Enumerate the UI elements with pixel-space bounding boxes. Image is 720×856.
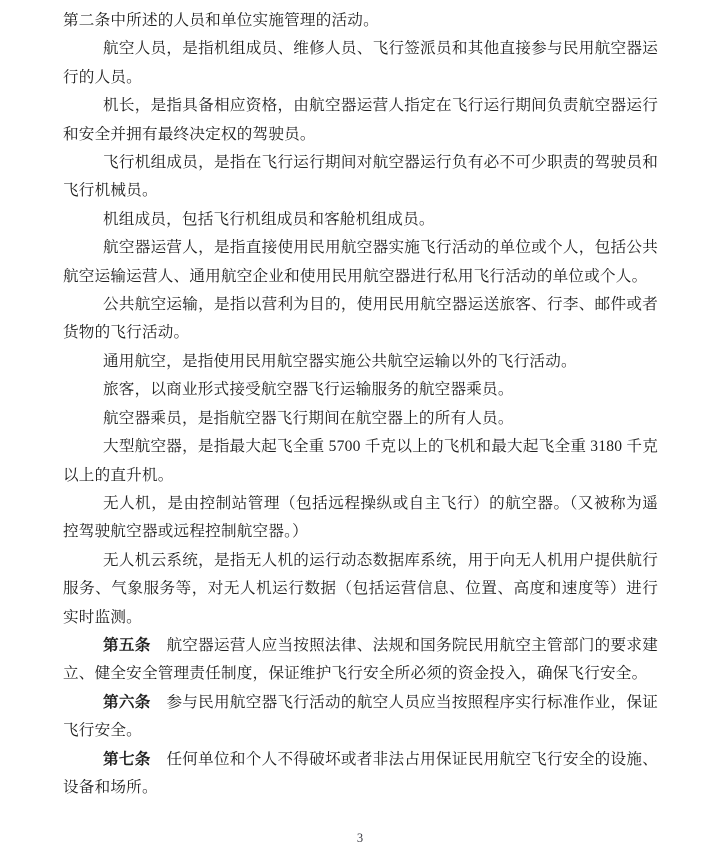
document-page: 第二条中所述的人员和单位实施管理的活动。 航空人员，是指机组成员、维修人员、飞行… xyxy=(0,0,720,856)
document-body: 第二条中所述的人员和单位实施管理的活动。 航空人员，是指机组成员、维修人员、飞行… xyxy=(63,7,658,802)
paragraph: 飞行机组成员，是指在飞行运行期间对航空器运行负有必不可少职责的驾驶员和飞行机械员… xyxy=(63,149,658,206)
page-number: 3 xyxy=(357,831,363,845)
paragraph: 航空器乘员，是指航空器飞行期间在航空器上的所有人员。 xyxy=(63,405,658,433)
paragraph-text: 无人机，是由控制站管理（包括远程操纵或自主飞行）的航空器。（又被称为遥控驾驶航空… xyxy=(63,495,658,540)
paragraph: 第七条 任何单位和个人不得破坏或者非法占用保证民用航空飞行安全的设施、设备和场所… xyxy=(63,746,658,803)
paragraph-text: 通用航空，是指使用民用航空器实施公共航空运输以外的飞行活动。 xyxy=(103,353,577,370)
article-number: 第五条 xyxy=(103,637,166,654)
paragraph: 第二条中所述的人员和单位实施管理的活动。 xyxy=(63,7,658,35)
paragraph: 无人机云系统，是指无人机的运行动态数据库系统，用于向无人机用户提供航行服务、气象… xyxy=(63,547,658,632)
paragraph-text: 旅客，以商业形式接受航空器飞行运输服务的航空器乘员。 xyxy=(103,381,514,398)
paragraph-text: 航空器乘员，是指航空器飞行期间在航空器上的所有人员。 xyxy=(103,410,514,427)
paragraph: 通用航空，是指使用民用航空器实施公共航空运输以外的飞行活动。 xyxy=(63,348,658,376)
paragraph: 公共航空运输，是指以营利为目的，使用民用航空器运送旅客、行李、邮件或者货物的飞行… xyxy=(63,291,658,348)
paragraph: 航空器运营人，是指直接使用民用航空器实施飞行活动的单位或个人，包括公共航空运输运… xyxy=(63,234,658,291)
paragraph: 第六条 参与民用航空器飞行活动的航空人员应当按照程序实行标准作业，保证飞行安全。 xyxy=(63,689,658,746)
paragraph: 旅客，以商业形式接受航空器飞行运输服务的航空器乘员。 xyxy=(63,376,658,404)
page-footer: 3 xyxy=(0,831,720,846)
paragraph-text: 机组成员，包括飞行机组成员和客舱机组成员。 xyxy=(103,211,435,228)
paragraph: 第五条 航空器运营人应当按照法律、法规和国务院民用航空主管部门的要求建立、健全安… xyxy=(63,632,658,689)
paragraph: 无人机，是由控制站管理（包括远程操纵或自主飞行）的航空器。（又被称为遥控驾驶航空… xyxy=(63,490,658,547)
paragraph-text: 大型航空器，是指最大起飞全重 5700 千克以上的飞机和最大起飞全重 3180 … xyxy=(63,438,658,483)
paragraph: 大型航空器，是指最大起飞全重 5700 千克以上的飞机和最大起飞全重 3180 … xyxy=(63,433,658,490)
paragraph: 机组成员，包括飞行机组成员和客舱机组成员。 xyxy=(63,206,658,234)
paragraph-text: 公共航空运输，是指以营利为目的，使用民用航空器运送旅客、行李、邮件或者货物的飞行… xyxy=(63,296,658,341)
article-number: 第六条 xyxy=(103,694,166,711)
paragraph-text: 飞行机组成员，是指在飞行运行期间对航空器运行负有必不可少职责的驾驶员和飞行机械员… xyxy=(63,154,658,199)
paragraph-text: 航空人员，是指机组成员、维修人员、飞行签派员和其他直接参与民用航空器运行的人员。 xyxy=(63,40,658,85)
paragraph-text: 无人机云系统，是指无人机的运行动态数据库系统，用于向无人机用户提供航行服务、气象… xyxy=(63,552,658,626)
paragraph: 航空人员，是指机组成员、维修人员、飞行签派员和其他直接参与民用航空器运行的人员。 xyxy=(63,35,658,92)
paragraph-text: 航空器运营人，是指直接使用民用航空器实施飞行活动的单位或个人，包括公共航空运输运… xyxy=(63,239,658,284)
paragraph: 机长，是指具备相应资格，由航空器运营人指定在飞行运行期间负责航空器运行和安全并拥… xyxy=(63,92,658,149)
article-number: 第七条 xyxy=(103,751,166,768)
paragraph-text: 第二条中所述的人员和单位实施管理的活动。 xyxy=(63,12,379,29)
paragraph-text: 机长，是指具备相应资格，由航空器运营人指定在飞行运行期间负责航空器运行和安全并拥… xyxy=(63,97,658,142)
